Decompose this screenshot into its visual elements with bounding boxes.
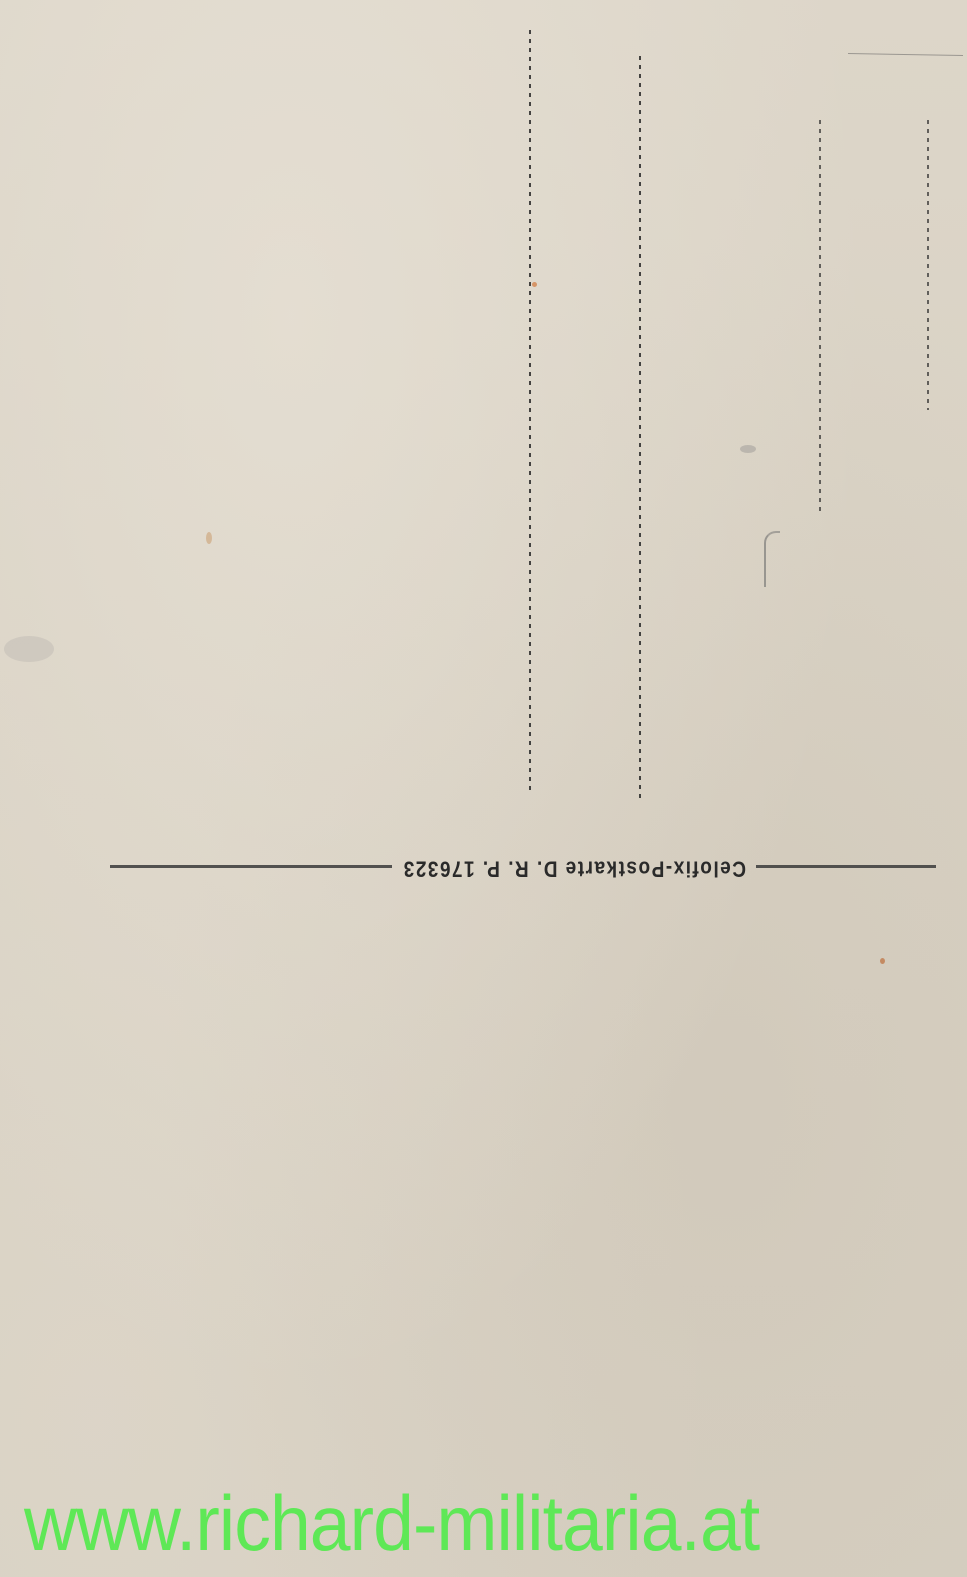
dotted-guide-line-1 — [529, 30, 531, 790]
corner-scratch — [848, 53, 963, 56]
dotted-guide-line-3 — [819, 120, 821, 515]
stain-spot — [740, 445, 756, 453]
dotted-guide-line-4 — [927, 120, 929, 410]
publisher-imprint: Celofix-Postkarte D. R. P. 176323 — [110, 850, 936, 884]
postcard-back: Celofix-Postkarte D. R. P. 176323 www.ri… — [0, 0, 967, 1577]
dotted-guide-line-2 — [639, 56, 641, 800]
stain-spot — [532, 282, 537, 287]
stain-spot — [206, 532, 212, 544]
stain-spot — [880, 958, 885, 964]
website-watermark: www.richard-militaria.at — [24, 1478, 759, 1568]
imprint-text: Celofix-Postkarte D. R. P. 176323 — [402, 854, 746, 879]
imprint-rule-left — [756, 866, 936, 869]
pencil-mark — [764, 531, 780, 587]
imprint-rule-right — [110, 866, 392, 869]
stain-spot — [4, 636, 54, 662]
